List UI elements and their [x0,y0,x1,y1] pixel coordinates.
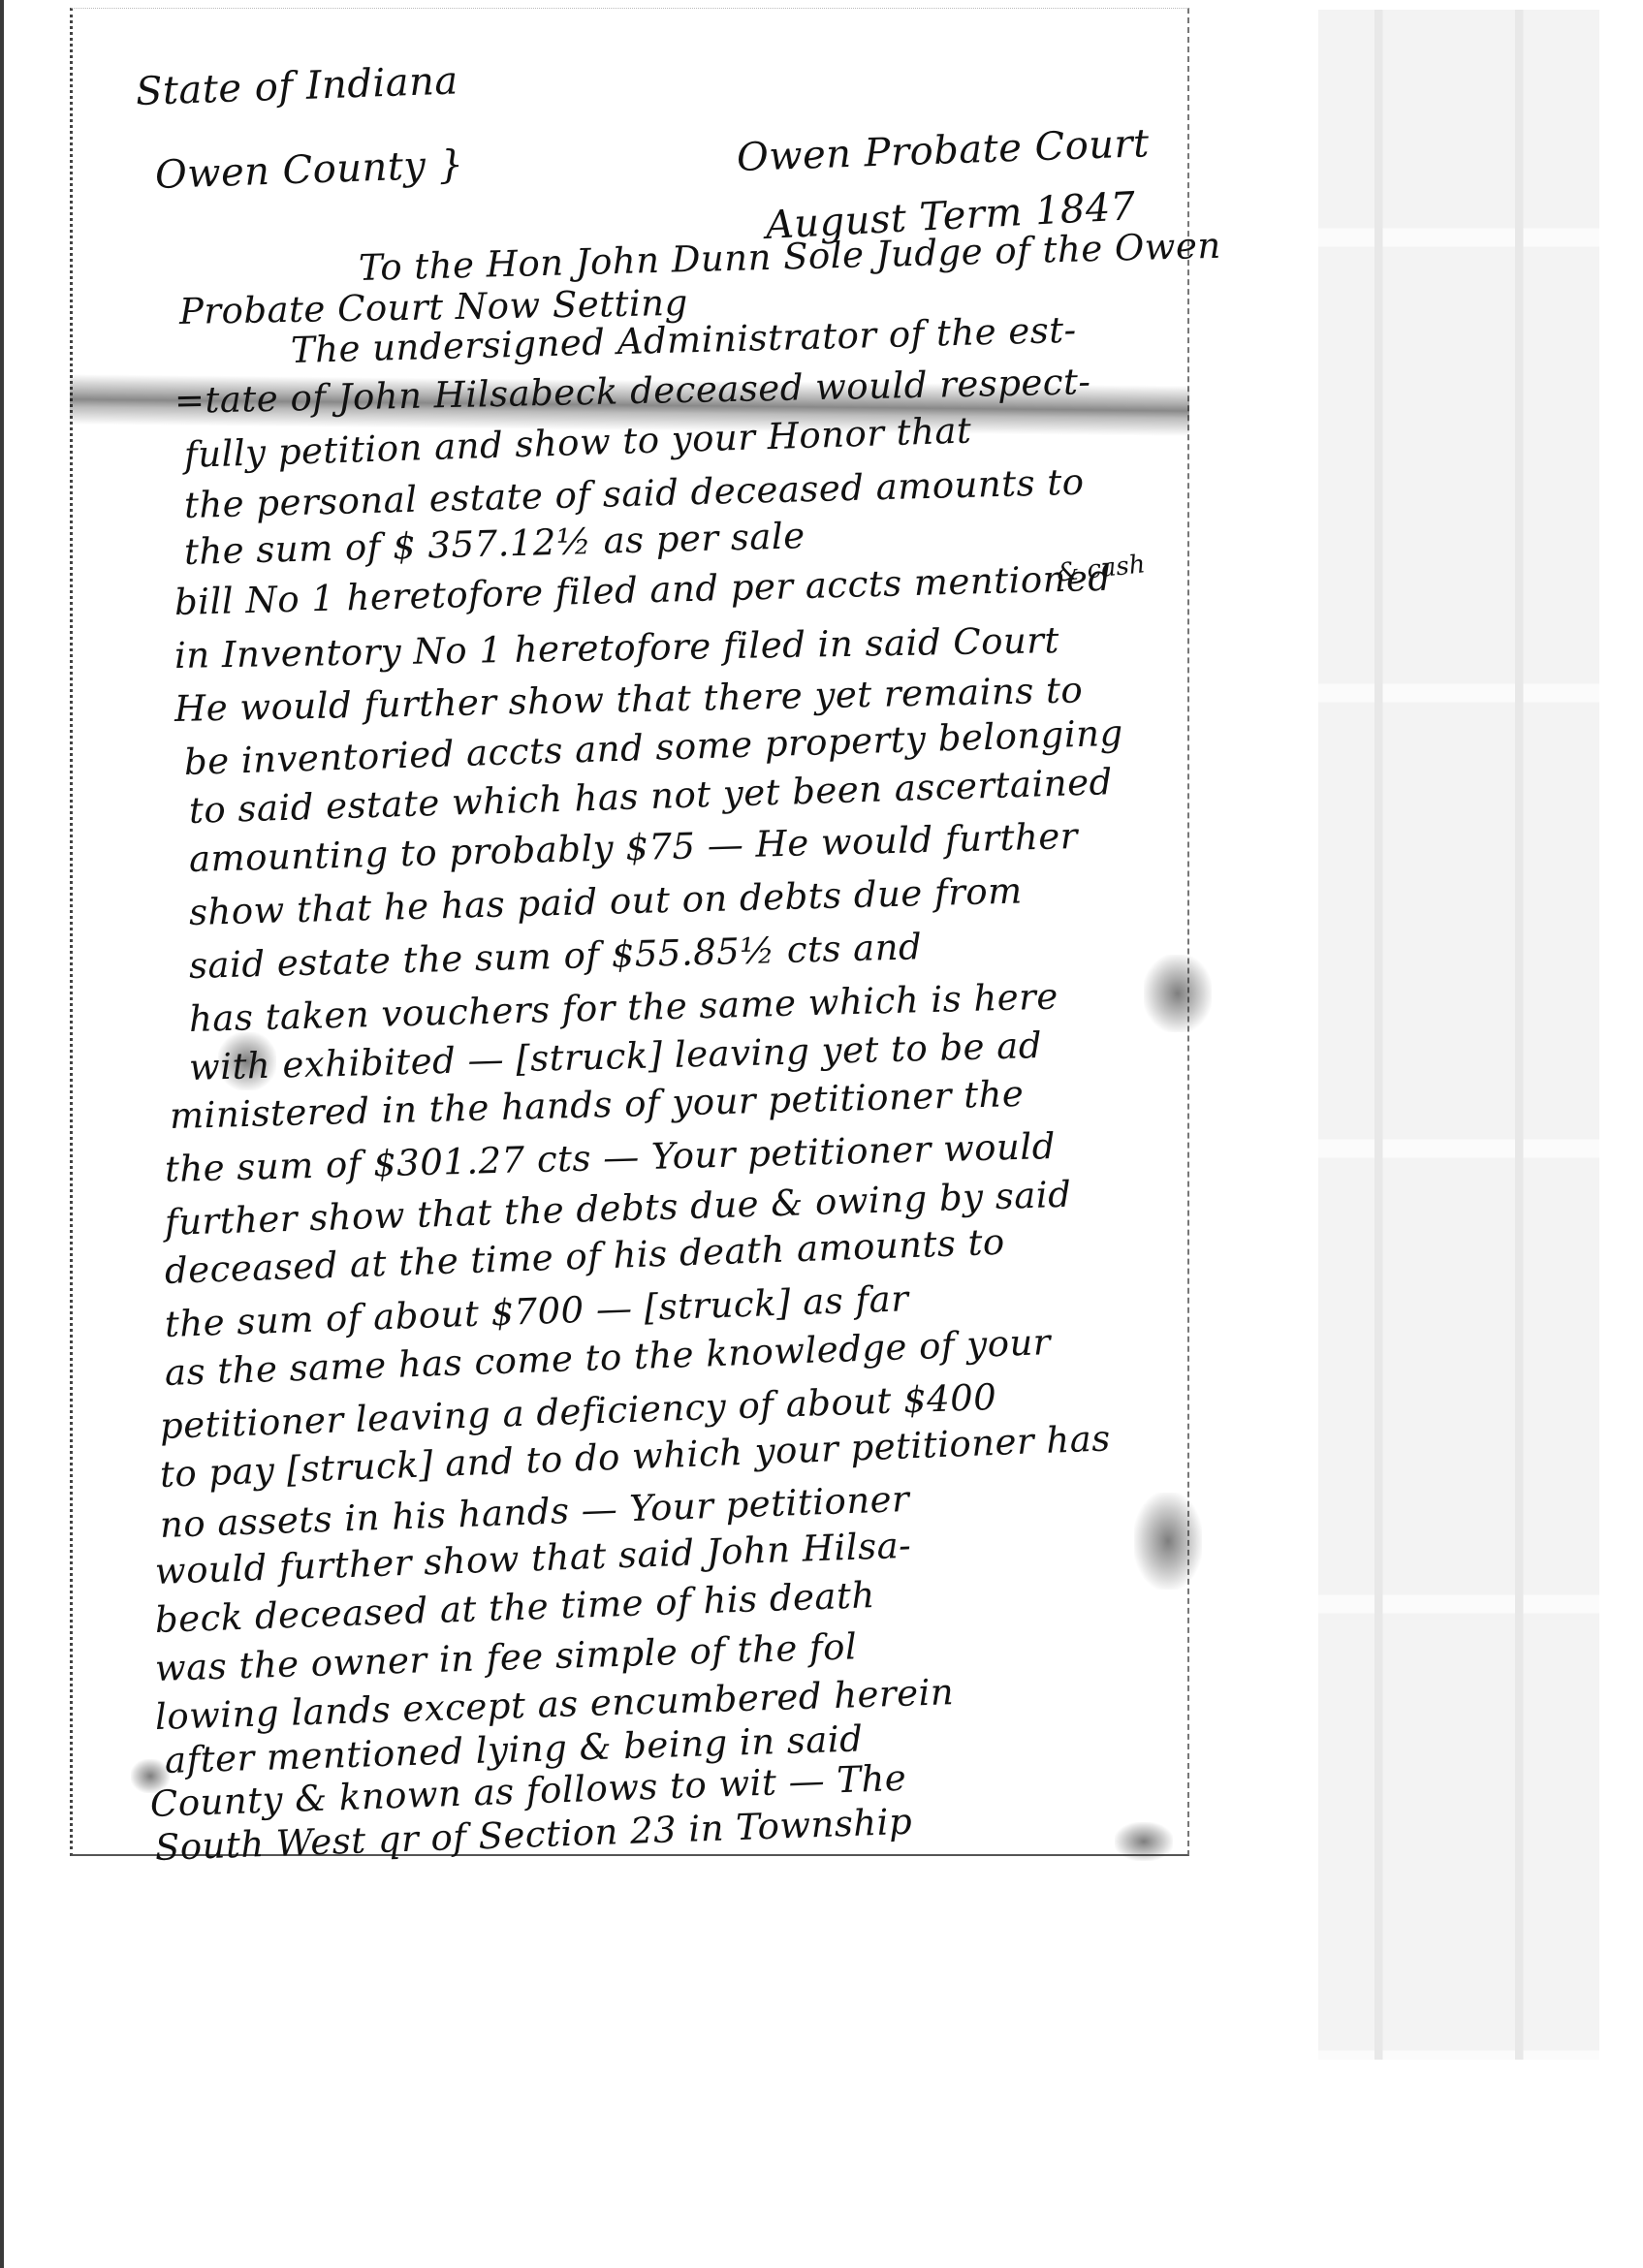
scan-edge-strip [0,0,4,2268]
scanner-background-pattern [1318,10,1599,2060]
